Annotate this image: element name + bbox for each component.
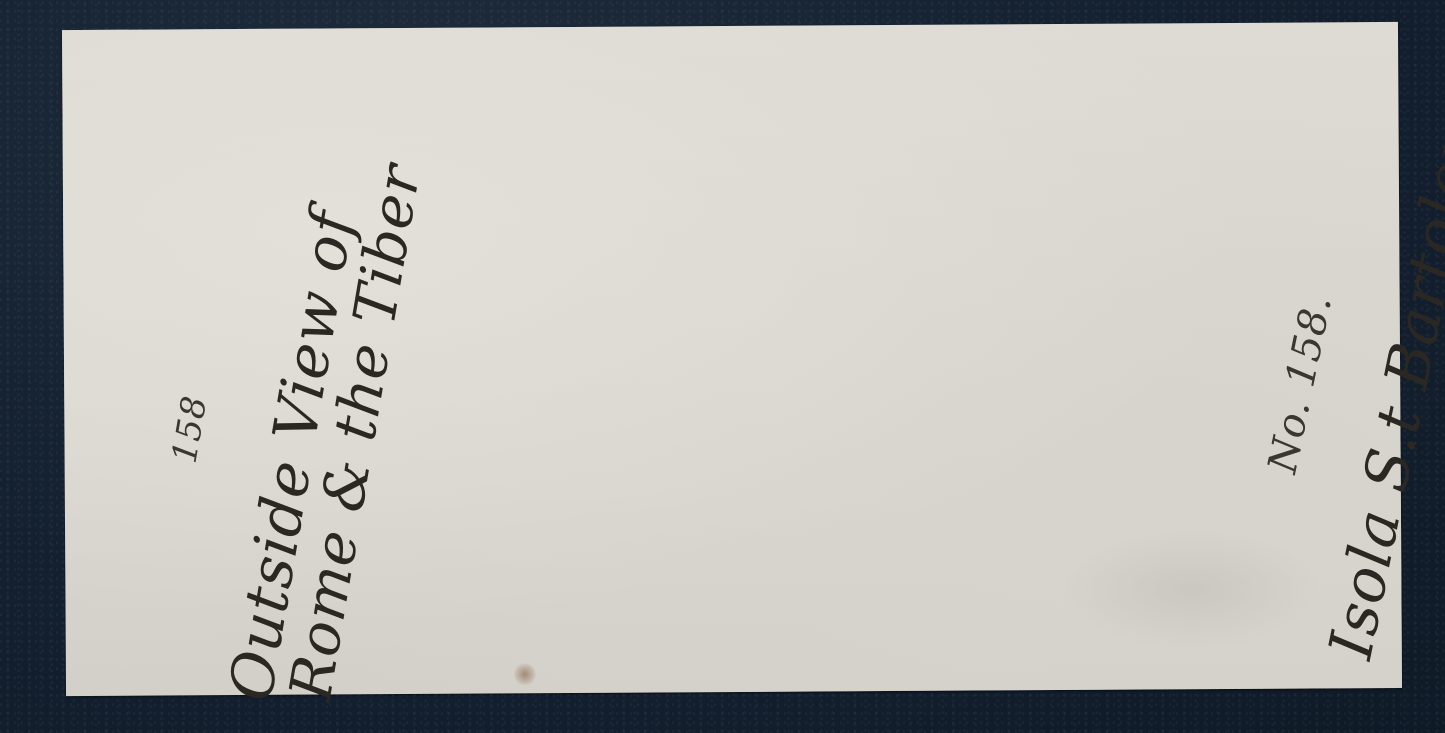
- paper-smudge: [1061, 528, 1322, 650]
- right-catalog-number: No. 158.: [1260, 291, 1342, 477]
- photo-card-back: 158 Outside View of Rome & the Tiber No.…: [62, 22, 1402, 696]
- left-catalog-number: 158: [165, 393, 216, 467]
- ink-stain: [514, 663, 536, 685]
